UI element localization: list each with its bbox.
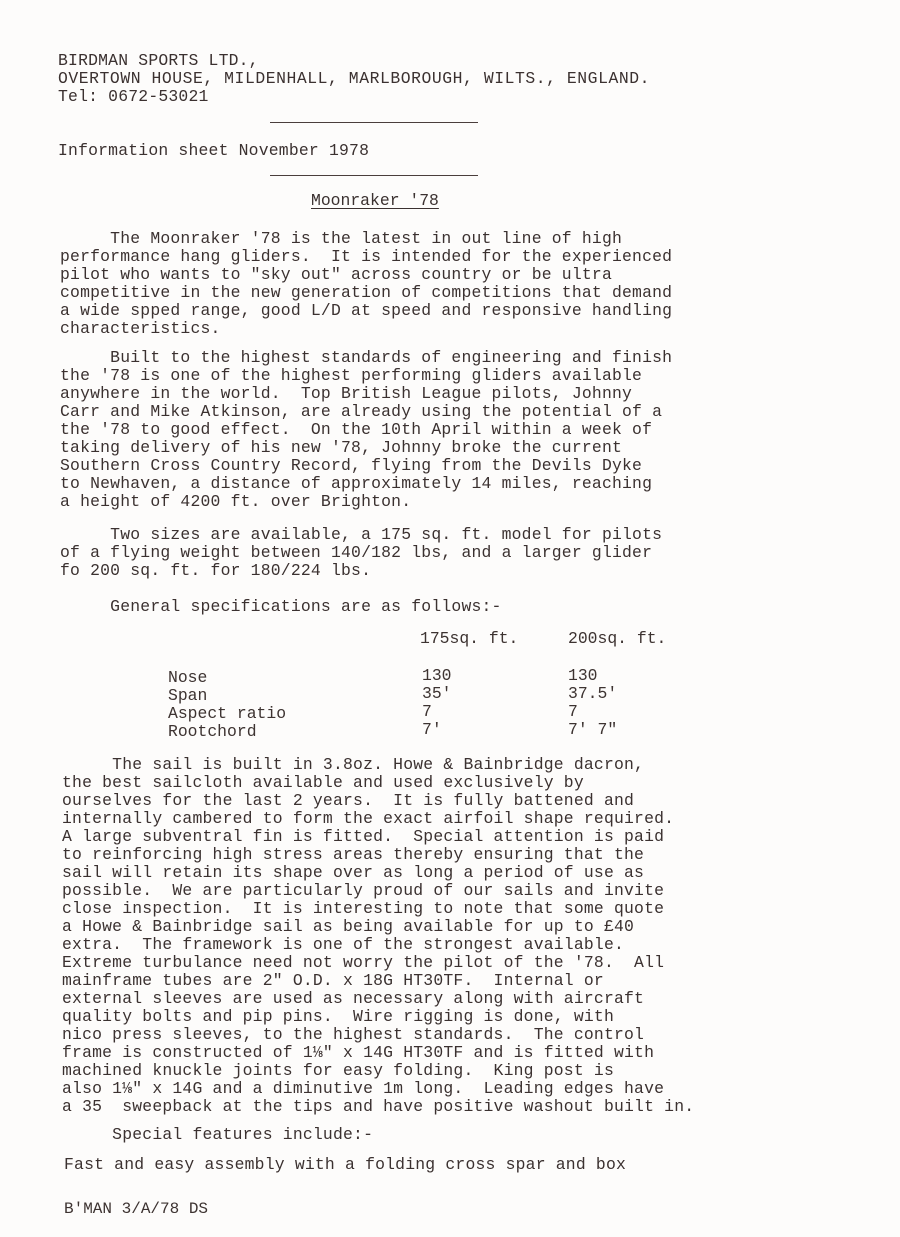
paragraph-line: the '78 is one of the highest performing…: [60, 367, 642, 385]
company-telephone: Tel: 0672-53021: [58, 88, 209, 106]
paragraph-line: mainframe tubes are 2" O.D. x 18G HT30TF…: [62, 972, 604, 990]
paragraph-line: nico press sleeves, to the highest stand…: [62, 1026, 644, 1044]
divider-rule-top: [270, 122, 478, 123]
spec-row-value-200: 130: [568, 667, 598, 685]
paragraph-line: taking delivery of his new '78, Johnny b…: [60, 439, 622, 457]
specs-intro: General specifications are as follows:-: [60, 598, 502, 616]
spec-row-value-175: 35': [422, 685, 452, 703]
paragraph-line: machined knuckle joints for easy folding…: [62, 1062, 614, 1080]
paragraph-line: extra. The framework is one of the stron…: [62, 936, 624, 954]
paragraph-line: sail will retain its shape over as long …: [62, 864, 644, 882]
paragraph-line: also 1⅛" x 14G and a diminutive 1m long.…: [62, 1080, 664, 1098]
paragraph-line: internally cambered to form the exact ai…: [62, 810, 674, 828]
paragraph-line: fo 200 sq. ft. for 180/224 lbs.: [60, 562, 371, 580]
paragraph-line: a Howe & Bainbridge sail as being availa…: [62, 918, 634, 936]
paragraph-line: The sail is built in 3.8oz. Howe & Bainb…: [62, 756, 644, 774]
paragraph-line: Carr and Mike Atkinson, are already usin…: [60, 403, 662, 421]
paragraph-line: Two sizes are available, a 175 sq. ft. m…: [60, 526, 662, 544]
specs-column-header-200: 200sq. ft.: [568, 630, 666, 648]
document-title: Moonraker '78: [311, 192, 439, 210]
paragraph-line: The Moonraker '78 is the latest in out l…: [60, 230, 622, 248]
company-address: OVERTOWN HOUSE, MILDENHALL, MARLBOROUGH,…: [58, 70, 650, 88]
paragraph-line: the best sailcloth available and used ex…: [62, 774, 584, 792]
paragraph-line: of a flying weight between 140/182 lbs, …: [60, 544, 652, 562]
spec-row-value-175: 7: [422, 703, 432, 721]
document-page: BIRDMAN SPORTS LTD., OVERTOWN HOUSE, MIL…: [0, 0, 900, 1237]
paragraph-line: a wide spped range, good L/D at speed an…: [60, 302, 672, 320]
paragraph-line: possible. We are particularly proud of o…: [62, 882, 664, 900]
paragraph-line: external sleeves are used as necessary a…: [62, 990, 644, 1008]
divider-rule-bottom: [270, 175, 478, 176]
company-name: BIRDMAN SPORTS LTD.,: [58, 52, 259, 70]
spec-row-value-175: 7': [422, 721, 442, 739]
paragraph-line: anywhere in the world. Top British Leagu…: [60, 385, 632, 403]
paragraph-line: a height of 4200 ft. over Brighton.: [60, 493, 411, 511]
paragraph-line: pilot who wants to "sky out" across coun…: [60, 266, 612, 284]
paragraph-line: a 35 sweepback at the tips and have posi…: [62, 1098, 694, 1116]
paragraph-line: quality bolts and pip pins. Wire rigging…: [62, 1008, 614, 1026]
specs-column-header-175: 175sq. ft.: [420, 630, 518, 648]
spec-row-label: Rootchord: [168, 723, 257, 741]
paragraph-line: close inspection. It is interesting to n…: [62, 900, 664, 918]
paragraph-line: to reinforcing high stress areas thereby…: [62, 846, 644, 864]
paragraph-line: the '78 to good effect. On the 10th Apri…: [60, 421, 652, 439]
spec-row-value-175: 130: [422, 667, 452, 685]
paragraph-line: ourselves for the last 2 years. It is fu…: [62, 792, 634, 810]
spec-row-label: Aspect ratio: [168, 705, 286, 723]
paragraph-line: competitive in the new generation of com…: [60, 284, 672, 302]
feature-item: Fast and easy assembly with a folding cr…: [64, 1156, 626, 1174]
spec-row-value-200: 7: [568, 703, 578, 721]
paragraph-line: Extreme turbulance need not worry the pi…: [62, 954, 664, 972]
paragraph-line: frame is constructed of 1⅛" x 14G HT30TF…: [62, 1044, 654, 1062]
paragraph-line: Built to the highest standards of engine…: [60, 349, 672, 367]
document-reference-code: B'MAN 3/A/78 DS: [64, 1200, 208, 1218]
paragraph-line: to Newhaven, a distance of approximately…: [60, 475, 652, 493]
spec-row-value-200: 7' 7": [568, 721, 617, 739]
spec-row-label: Nose: [168, 669, 207, 687]
paragraph-line: characteristics.: [60, 320, 221, 338]
paragraph-line: Southern Cross Country Record, flying fr…: [60, 457, 642, 475]
paragraph-line: performance hang gliders. It is intended…: [60, 248, 672, 266]
spec-row-value-200: 37.5': [568, 685, 617, 703]
paragraph-line: A large subventral fin is fitted. Specia…: [62, 828, 664, 846]
spec-row-label: Span: [168, 687, 207, 705]
info-sheet-date: Information sheet November 1978: [58, 142, 369, 160]
features-intro: Special features include:-: [62, 1126, 373, 1144]
